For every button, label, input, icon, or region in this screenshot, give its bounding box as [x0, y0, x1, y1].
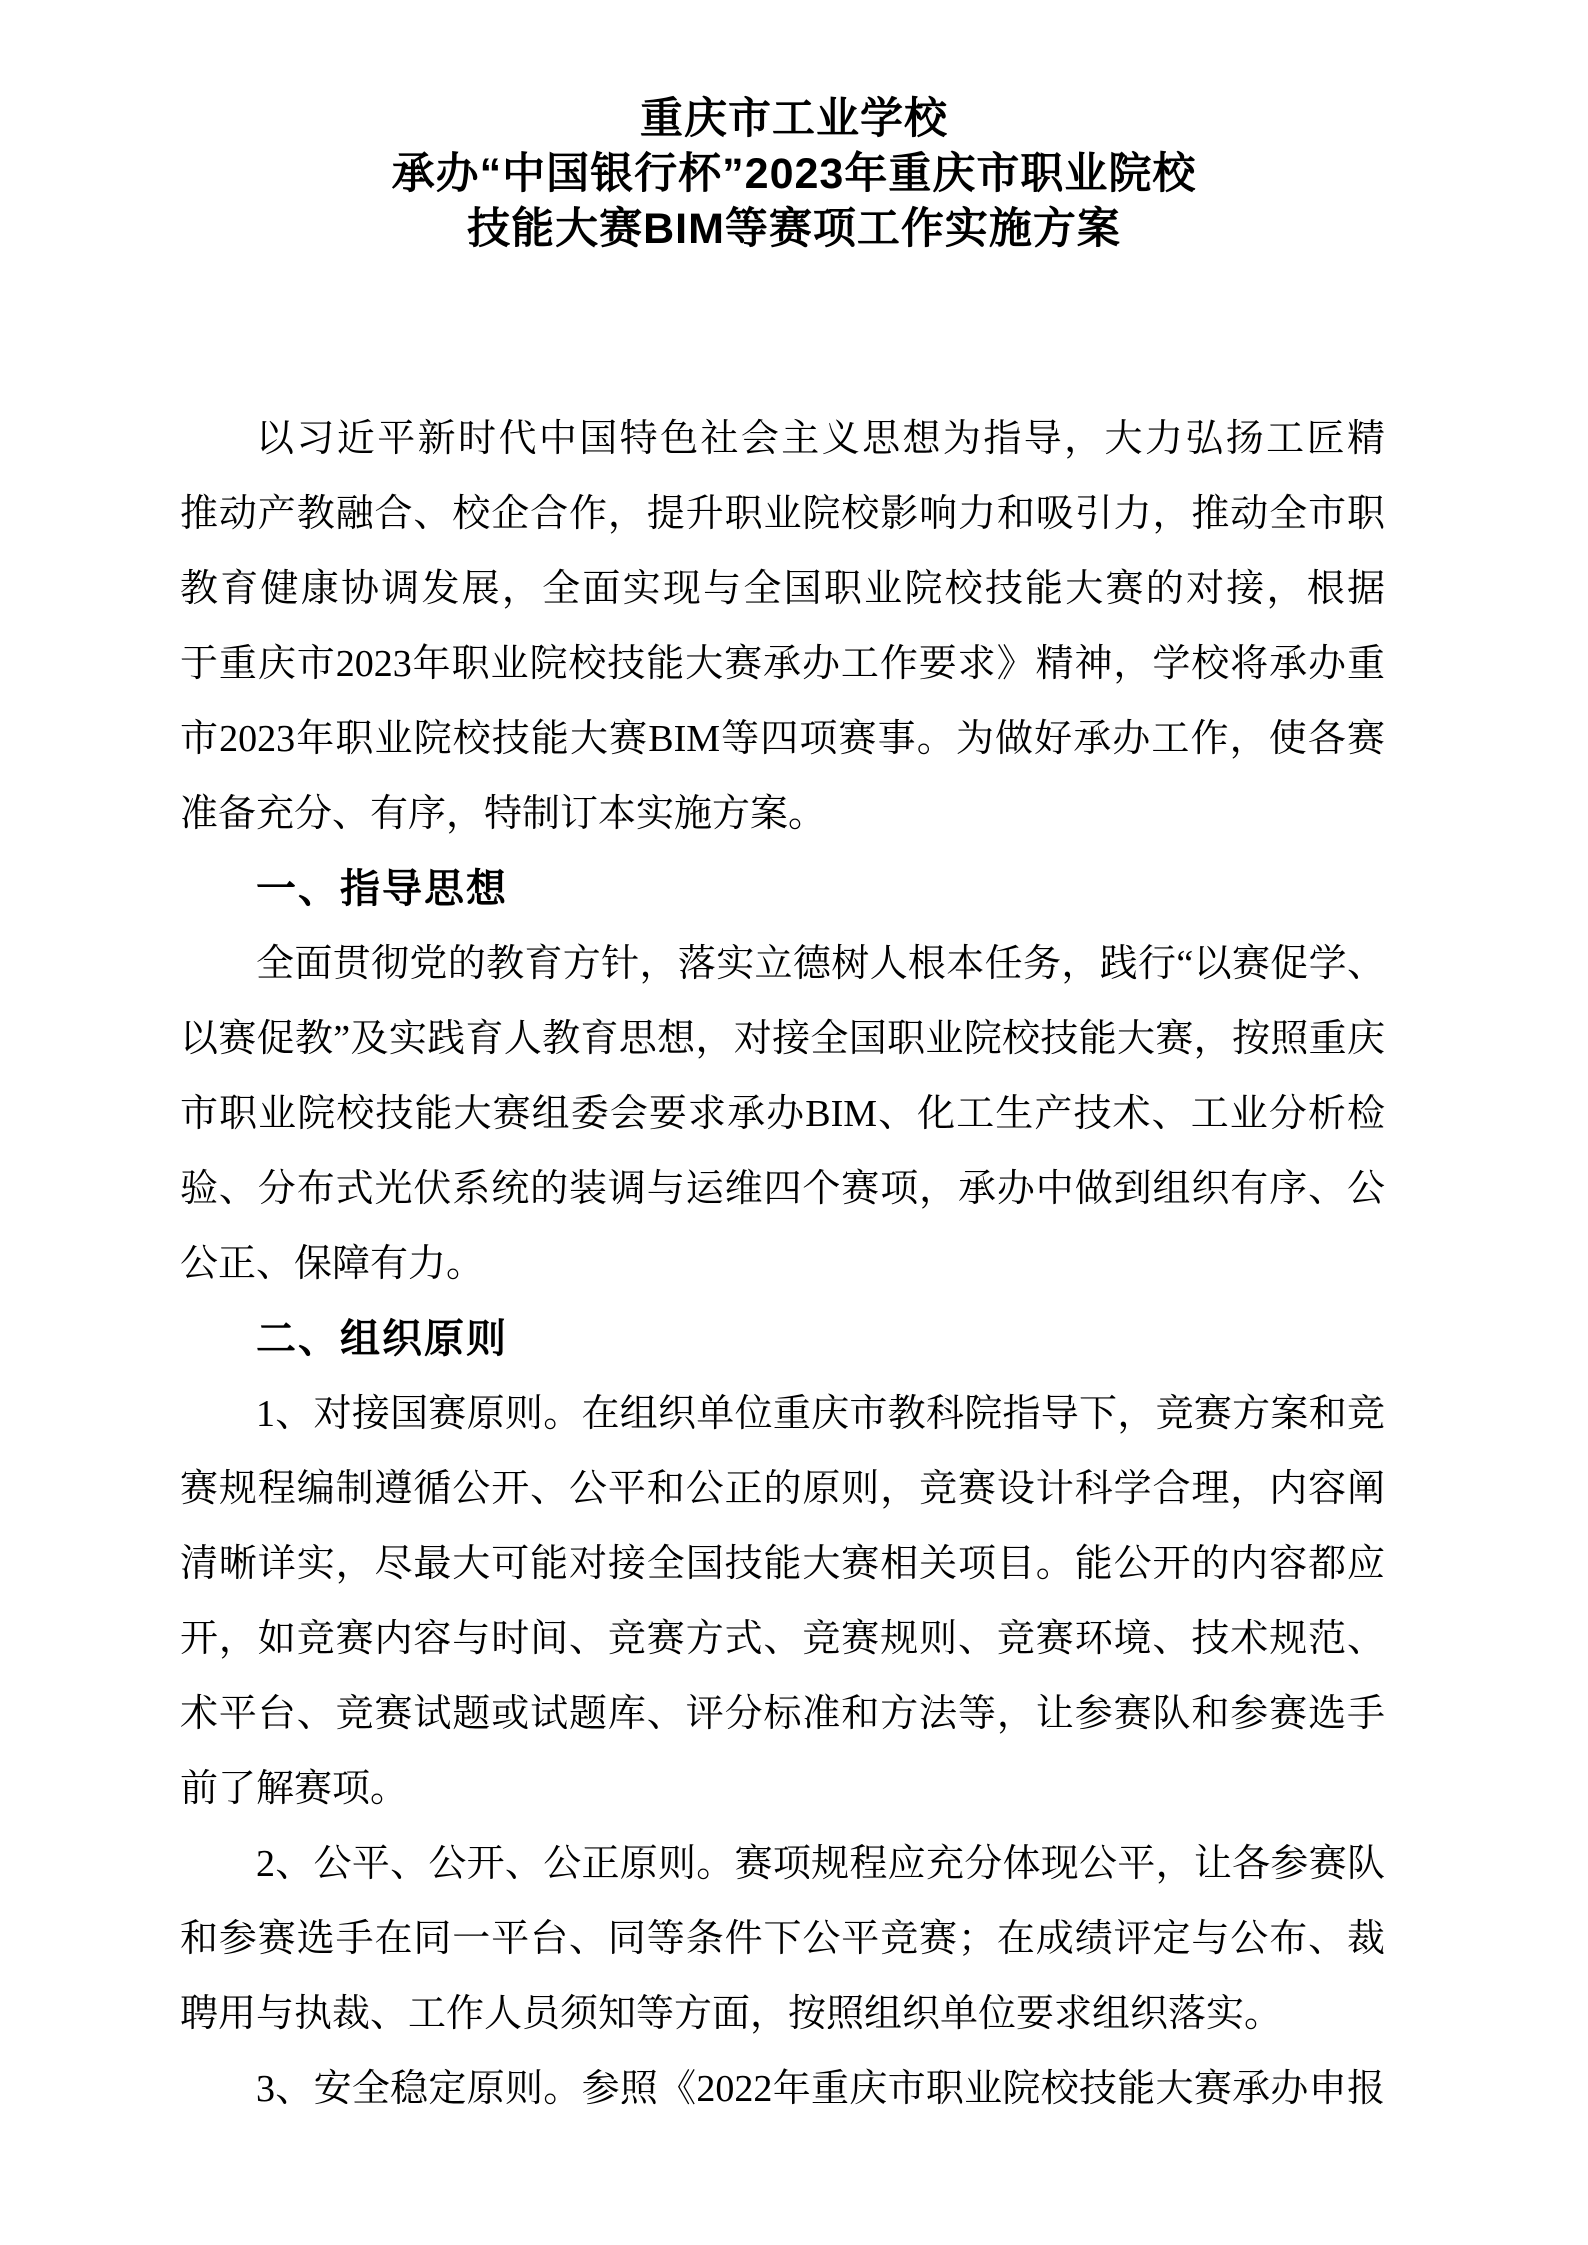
paragraph-line: 推动产教融合、校企合作，提升职业院校影响力和吸引力，推动全市职业 [180, 477, 1385, 552]
paragraph-line: 清晰详实，尽最大可能对接全国技能大赛相关项目。能公开的内容都应公 [180, 1527, 1385, 1602]
document-body: 以习近平新时代中国特色社会主义思想为指导，大力弘扬工匠精神，推动产教融合、校企合… [180, 402, 1385, 2127]
paragraph-line: 术平台、竞赛试题或试题库、评分标准和方法等，让参赛队和参赛选手提 [180, 1677, 1385, 1752]
paragraph-line: 2、公平、公开、公正原则。赛项规程应充分体现公平，让各参赛队 [180, 1827, 1385, 1902]
title-line-3: 技能大赛BIM等赛项工作实施方案 [0, 202, 1588, 257]
paragraph-line: 全面贯彻党的教育方针，落实立德树人根本任务，践行“以赛促学、 [180, 927, 1385, 1002]
paragraph-line: 3、安全稳定原则。参照《2022年重庆市职业院校技能大赛承办申报 [180, 2052, 1385, 2127]
paragraph-line: 赛规程编制遵循公开、公平和公正的原则，竞赛设计科学合理，内容阐述 [180, 1452, 1385, 1527]
title-line-1: 重庆市工业学校 [0, 92, 1588, 147]
title-line-2: 承办“中国银行杯”2023年重庆市职业院校 [0, 147, 1588, 202]
paragraph-line: 以习近平新时代中国特色社会主义思想为指导，大力弘扬工匠精神， [180, 402, 1385, 477]
section-heading: 一、指导思想 [180, 852, 1385, 927]
paragraph-line: 教育健康协调发展，全面实现与全国职业院校技能大赛的对接，根据《关 [180, 552, 1385, 627]
document-title: 重庆市工业学校 承办“中国银行杯”2023年重庆市职业院校 技能大赛BIM等赛项… [0, 92, 1588, 257]
paragraph-line: 市职业院校技能大赛组委会要求承办BIM、化工生产技术、工业分析检 [180, 1077, 1385, 1152]
paragraph-line: 和参赛选手在同一平台、同等条件下公平竞赛；在成绩评定与公布、裁判 [180, 1902, 1385, 1977]
paragraph-line: 验、分布式光伏系统的装调与运维四个赛项，承办中做到组织有序、公平 [180, 1152, 1385, 1227]
paragraph-line: 市2023年职业院校技能大赛BIM等四项赛事。为做好承办工作，使各赛项 [180, 702, 1385, 777]
paragraph-line: 开，如竞赛内容与时间、竞赛方式、竞赛规则、竞赛环境、技术规范、技 [180, 1602, 1385, 1677]
paragraph-line: 于重庆市2023年职业院校技能大赛承办工作要求》精神，学校将承办重庆 [180, 627, 1385, 702]
paragraph-line: 1、对接国赛原则。在组织单位重庆市教科院指导下，竞赛方案和竞 [180, 1377, 1385, 1452]
paragraph-line: 公正、保障有力。 [180, 1227, 1385, 1302]
paragraph-line: 以赛促教”及实践育人教育思想，对接全国职业院校技能大赛，按照重庆 [180, 1002, 1385, 1077]
section-heading: 二、组织原则 [180, 1302, 1385, 1377]
paragraph-line: 前了解赛项。 [180, 1752, 1385, 1827]
paragraph-line: 准备充分、有序，特制订本实施方案。 [180, 777, 1385, 852]
paragraph-line: 聘用与执裁、工作人员须知等方面，按照组织单位要求组织落实。 [180, 1977, 1385, 2052]
document-page: 重庆市工业学校 承办“中国银行杯”2023年重庆市职业院校 技能大赛BIM等赛项… [0, 0, 1588, 2245]
